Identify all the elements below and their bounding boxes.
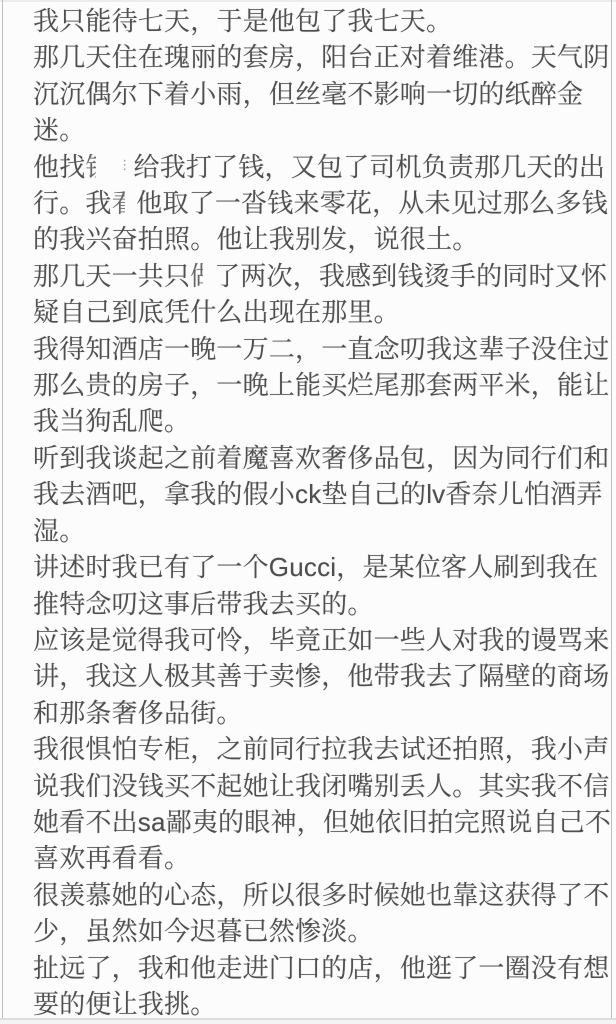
text-run: 疑自己到底凭什么出现在那里。 [33,297,400,327]
page-top-edge [0,0,616,2]
text-run: 那么贵的房子，一晚上能买烂尾那套两平米，能让 [33,370,609,400]
text-run: 听到我谈起之前着魔喜欢奢侈品包，因为同行们和 [33,443,609,473]
bottom-strip [0,1020,616,1024]
text-line: 很羡慕她的心态，所以很多时候她也靠这获得了不 [33,877,593,913]
redaction-blob: 做 [190,258,214,294]
redacted-glyph-fragment: 做 [190,258,202,294]
text-run: 湿。 [33,516,85,546]
page-left-border [2,0,3,1024]
text-line: 要的便让我挑。 [33,986,593,1022]
text-line: 扯远了，我和他走进门口的店，他逛了一圈没有想 [33,950,593,986]
text-run: 的我兴奋拍照。他让我别发，说很土。 [33,224,478,254]
text-line: 我得知酒店一晚一万二，一直念叨我这辈子没住过 [33,331,593,367]
text-run: 给我打了钱，又包了司机负责那几天的出 [134,152,606,182]
text-line: 沉沉偶尔下着小雨，但丝毫不影响一切的纸醉金 [33,76,593,112]
text-run: 我得知酒店一晚一万二，一直念叨我这辈子没住过 [33,334,609,364]
redaction-blob: 看 [112,185,137,221]
text-run: 行。我 [33,188,112,218]
text-line: 行。我看他取了一沓钱来零花，从未见过那么多钱 [33,185,593,221]
text-line: 她看不出sa鄙夷的眼神，但她依旧拍完照说自己不 [33,804,593,840]
text-run: 她看不出sa鄙夷的眼神，但她依旧拍完照说自己不 [33,807,611,837]
text-line: 说我们没钱买不起她让我闭嘴别丢人。其实我不信 [33,768,593,804]
redacted-glyph-fragment: 看 [112,185,125,221]
text-run: 应该是觉得我可怜，毕竟正如一些人对我的谩骂来 [33,625,609,655]
text-line: 听到我谈起之前着魔喜欢奢侈品包，因为同行们和 [33,440,593,476]
text-run: 和那条奢侈品街。 [33,698,243,728]
text-run: 喜欢再看看。 [33,843,190,873]
text-line: 我只能待七天，于是他包了我七天。 [33,3,593,39]
text-run: 那几天一共只 [33,261,190,291]
text-line: 应该是觉得我可怜，毕竟正如一些人对我的谩骂来 [33,622,593,658]
text-run: 迷。 [33,115,85,145]
text-run: 那几天住在瑰丽的套房，阳台正对着维港。天气阴 [33,42,609,72]
page-right-border [611,0,612,1024]
text-run: 扯远了，我和他走进门口的店，他逛了一圈没有想 [33,953,609,983]
text-run: 推特念叨这事后带我去买的。 [33,589,374,619]
text-line: 我当狗乱爬。 [33,403,593,439]
text-run: 他取了一沓钱来零花，从未见过那么多钱 [136,188,608,218]
text-run: 我只能待七天，于是他包了我七天。 [33,6,452,36]
text-line: 那几天住在瑰丽的套房，阳台正对着维港。天气阴 [33,39,593,75]
text-line: 的我兴奋拍照。他让我别发，说很土。 [33,221,593,257]
text-line: 那么贵的房子，一晚上能买烂尾那套两平米，能让 [33,367,593,403]
text-line: 我很惧怕专柜，之前同行拉我去试还拍照，我小声 [33,731,593,767]
text-line: 迷。 [33,112,593,148]
text-line: 喜欢再看看。 [33,840,593,876]
text-run: 少，虽然如今迟暮已然惨淡。 [33,916,374,946]
text-run: 说我们没钱买不起她让我闭嘴别丢人。其实我不信 [33,771,609,801]
text-line: 他找钱⋮给我打了钱，又包了司机负责那几天的出 [33,149,593,185]
text-line: 那几天一共只做了两次，我感到钱烫手的同时又怀 [33,258,593,294]
text-run: 讲，我这人极其善于卖惨，他带我去了隔壁的商场 [33,661,609,691]
text-run: 他找 [33,152,85,182]
text-run: 我当狗乱爬。 [33,406,190,436]
text-run: 很羡慕她的心态，所以很多时候她也靠这获得了不 [33,880,609,910]
text-line: 推特念叨这事后带我去买的。 [33,586,593,622]
text-line: 少，虽然如今迟暮已然惨淡。 [33,913,593,949]
redaction-blob: 钱⋮ [85,149,133,185]
text-run: 了两次，我感到钱烫手的同时又怀 [214,261,607,291]
text-run: 讲述时我已有了一个Gucci，是某位客人刷到我在 [33,552,598,582]
text-run: 我很惧怕专柜，之前同行拉我去试还拍照，我小声 [33,734,609,764]
text-line: 讲，我这人极其善于卖惨，他带我去了隔壁的商场 [33,658,593,694]
text-line: 讲述时我已有了一个Gucci，是某位客人刷到我在 [33,549,593,585]
redacted-glyph-fragment: 钱 [85,149,95,185]
text-line: 我去酒吧，拿我的假小ck垫自己的lv香奈儿怕酒弄 [33,476,593,512]
text-body: 我只能待七天，于是他包了我七天。那几天住在瑰丽的套房，阳台正对着维港。天气阴沉沉… [33,3,593,1022]
redaction-tail-marks: ⋮ [118,158,131,171]
text-run: 要的便让我挑。 [33,989,216,1019]
text-line: 湿。 [33,513,593,549]
text-run: 沉沉偶尔下着小雨，但丝毫不影响一切的纸醉金 [33,79,583,109]
text-run: 我去酒吧，拿我的假小ck垫自己的lv香奈儿怕酒弄 [33,479,603,509]
text-line: 和那条奢侈品街。 [33,695,593,731]
text-line: 疑自己到底凭什么出现在那里。 [33,294,593,330]
